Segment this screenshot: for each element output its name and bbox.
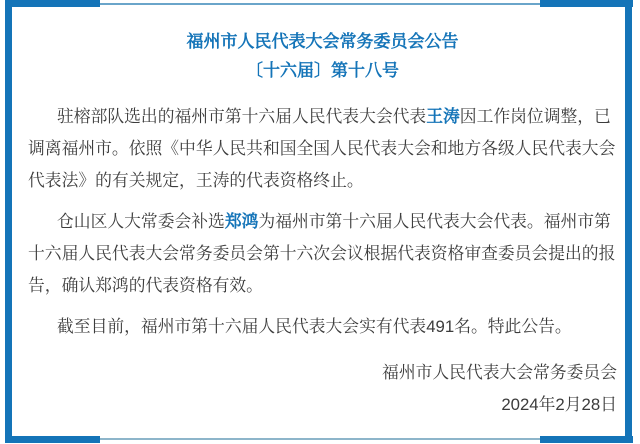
announcement-title: 福州市人民代表大会常务委员会公告 [28, 33, 617, 50]
announcement-doc-number: 〔十六届〕第十八号 [28, 62, 617, 79]
person-name-highlight: 郑鸿 [225, 212, 259, 231]
paragraph-text: 仓山区人大常委会补选 [57, 212, 225, 231]
paragraph-text: 驻榕部队选出的福州市第十六届人民代表大会代表 [57, 107, 426, 126]
issuer-signature: 福州市人民代表大会常务委员会 [28, 357, 617, 389]
paragraph-text: 截至目前，福州市第十六届人民代表大会实有代表491名。特此公告。 [57, 317, 572, 336]
person-name-highlight: 王涛 [426, 107, 460, 126]
announcement-paragraph: 驻榕部队选出的福州市第十六届人民代表大会代表王涛因工作岗位调整，已调离福州市。依… [28, 101, 617, 197]
announcement-paragraph: 仓山区人大常委会补选郑鸿为福州市第十六届人民代表大会代表。福州市第十六届人民代表… [28, 206, 617, 302]
announcement-paragraph: 截至目前，福州市第十六届人民代表大会实有代表491名。特此公告。 [28, 311, 617, 343]
announcement-content: 福州市人民代表大会常务委员会公告 〔十六届〕第十八号 驻榕部队选出的福州市第十六… [0, 0, 640, 444]
paragraphs: 驻榕部队选出的福州市第十六届人民代表大会代表王涛因工作岗位调整，已调离福州市。依… [28, 101, 617, 343]
announcement-date: 2024年2月28日 [28, 389, 617, 421]
announcement-page: 福州市人民代表大会常务委员会公告 〔十六届〕第十八号 驻榕部队选出的福州市第十六… [0, 0, 640, 444]
